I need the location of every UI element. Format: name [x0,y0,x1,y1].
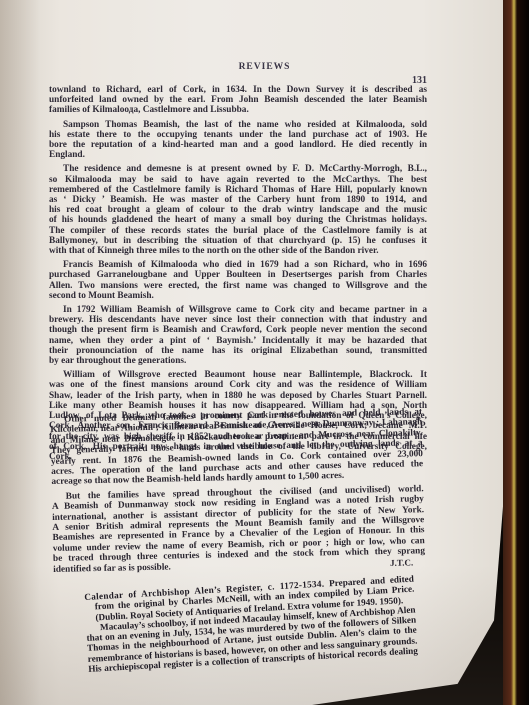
text-line: Shaw, leader of the Irish party, when in… [49,391,427,401]
text-line: by ear throughout the generations. [49,356,427,366]
text-line: name, when they order a pint of ‘ Baymis… [49,336,427,346]
article-body-upper: townland to Richard, earl of Cork, in 16… [49,85,427,462]
text-line: Allen. Two mansions were erected, the fi… [49,281,427,291]
running-head: REVIEWS [0,62,529,72]
text-line: though the present firm is Beamish and C… [49,325,427,335]
text-line: bore the reputation of a kind-hearted ma… [49,140,427,150]
text-line: Ballymoney, but in describing the situat… [49,236,427,246]
text-line: brewery. His descendants have never sinc… [49,315,427,325]
text-line: England. [49,150,427,160]
text-line: their pronounciation of the name has its… [49,346,427,356]
text-line: The residence and demesne is at present … [49,164,427,174]
text-line: his estate there to the occupying tenant… [49,130,427,140]
article-body-lower-lines: Other noted Beamish families in county C… [50,407,425,575]
text-line: was one of the finest mansions around Co… [49,380,427,390]
text-line: purchased Garranelougbane and Upper Boul… [49,270,427,280]
text-line: Francis Beamish of Kilmalooda who died i… [49,260,427,270]
text-line: In 1792 William Beamish of Willsgrove ca… [49,305,427,315]
text-line: William of Willsgrove erected Beaumont h… [49,370,427,380]
text-line: Sampson Thomas Beamish, the last of the … [49,120,427,130]
text-line: remembered of the Castlelmore family is … [49,185,427,195]
text-line: unforfeited land owned by the earl. From… [49,95,427,105]
text-line: so Kilmalooda may be said to have again … [49,175,427,185]
text-line: townland to Richard, earl of Cork, in 16… [49,85,427,95]
text-line: second to Mount Beamish. [49,291,427,301]
text-line: with that of Kinneigh three miles to the… [49,246,427,256]
article-body-lower: Other noted Beamish families in county C… [50,407,425,575]
text-line: families of Kilmaloода, Castlelmore and … [49,105,427,115]
text-line: of his hounds gladdened the heart of man… [49,215,427,225]
text-line: his red coat brought a gleam of colour t… [49,205,427,215]
text-line: as ‘ Dicky ’ Beamish. He was master of t… [49,195,427,205]
book-cover-edge [503,0,529,705]
text-line: The compiler of these records states the… [49,226,427,236]
